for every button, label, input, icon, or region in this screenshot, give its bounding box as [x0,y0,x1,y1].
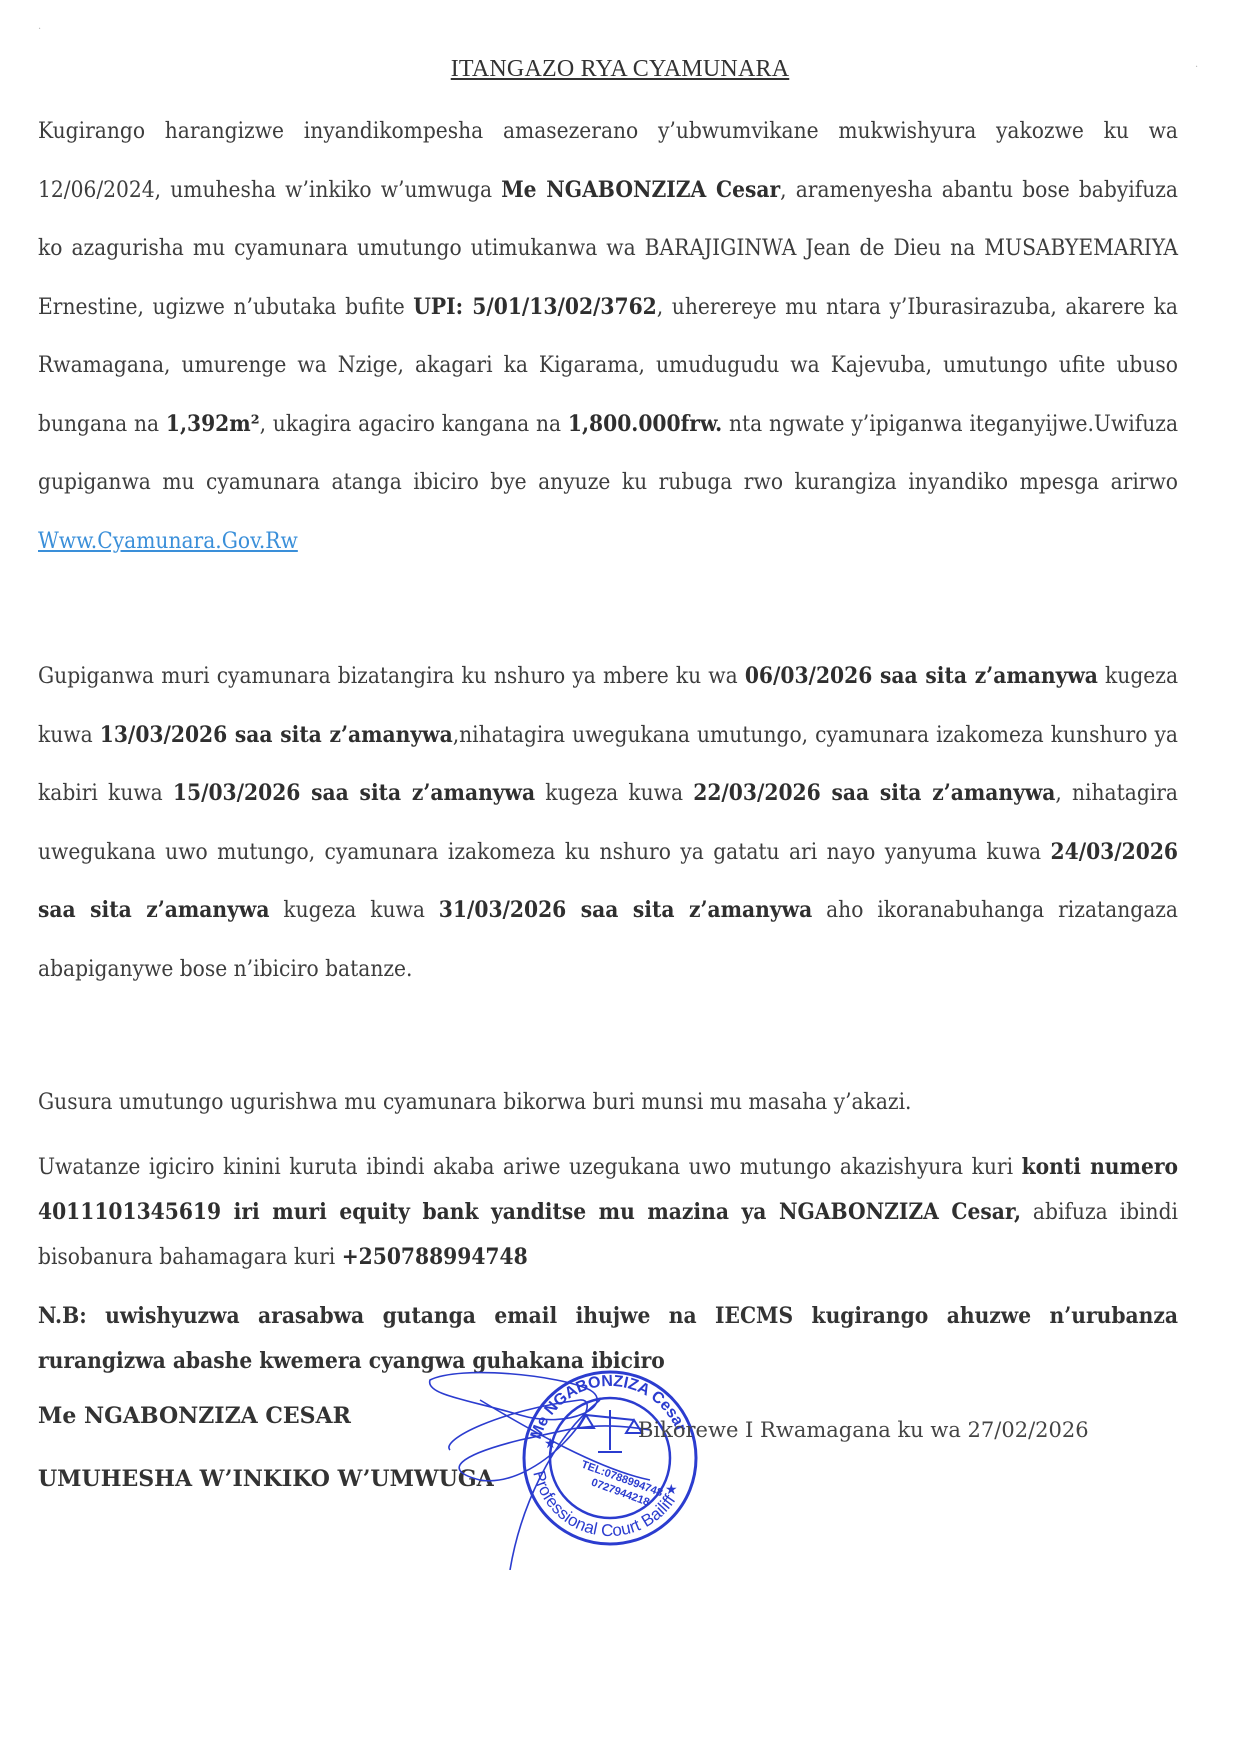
emphasized-text: 15/03/2026 saa sita z’amanywa [173,780,535,806]
paragraph-visit-info: Gusura umutungo ugurishwa mu cyamunara b… [38,1080,1178,1125]
emphasized-text: 31/03/2026 saa sita z’amanywa [439,897,812,923]
body-text: kugeza kuwa [535,780,693,806]
paragraph-payment-info: Uwatanze igiciro kinini kuruta ibindi ak… [38,1145,1178,1280]
emphasized-text: 06/03/2026 saa sita z’amanywa [745,663,1098,689]
body-text: Gupiganwa muri cyamunara bizatangira ku … [38,663,745,689]
emphasized-text: 22/03/2026 saa sita z’amanywa [693,780,1055,806]
scales-of-justice-icon [578,1410,642,1452]
court-bailiff-stamp: Me NGABONZIZA Cesar Professional Court B… [524,1372,696,1544]
body-text: kugeza kuwa [269,897,438,923]
svg-text:★: ★ [544,1436,557,1452]
emphasized-text: 13/03/2026 saa sita z’amanywa [100,722,453,748]
paragraph-property-text: Kugirango harangizwe inyandikompesha ama… [38,118,1178,495]
scan-speck: · [1195,62,1198,73]
emphasized-text: UPI: 5/01/13/02/3762 [413,294,657,320]
body-text: , ukagira agaciro kangana na [260,411,568,437]
body-text: Uwatanze igiciro kinini kuruta ibindi ak… [38,1154,1022,1180]
place-and-date: Bikorewe I Rwamagana ku wa 27/02/2026 [638,1418,1089,1442]
signatory-name: Me NGABONZIZA CESAR [38,1403,351,1429]
auction-notice-page: ITANGAZO RYA CYAMUNARA Kugirango harangi… [0,0,1240,1753]
signature-and-stamp: Me NGABONZIZA Cesar Professional Court B… [420,1370,800,1570]
cyamunara-website-link[interactable]: Www.Cyamunara.Gov.Rw [38,528,298,554]
emphasized-text: 1,392m² [166,411,260,437]
scan-speck: · [38,24,41,35]
document-title: ITANGAZO RYA CYAMUNARA [0,56,1240,83]
emphasized-text: Me NGABONZIZA Cesar [501,177,780,203]
paragraph-property-details: Kugirango harangizwe inyandikompesha ama… [38,102,1178,570]
paragraph-auction-schedule: Gupiganwa muri cyamunara bizatangira ku … [38,647,1178,998]
emphasized-text: +250788994748 [342,1244,528,1270]
emphasized-text: 1,800.000frw. [568,411,722,437]
svg-text:★: ★ [665,1482,678,1498]
